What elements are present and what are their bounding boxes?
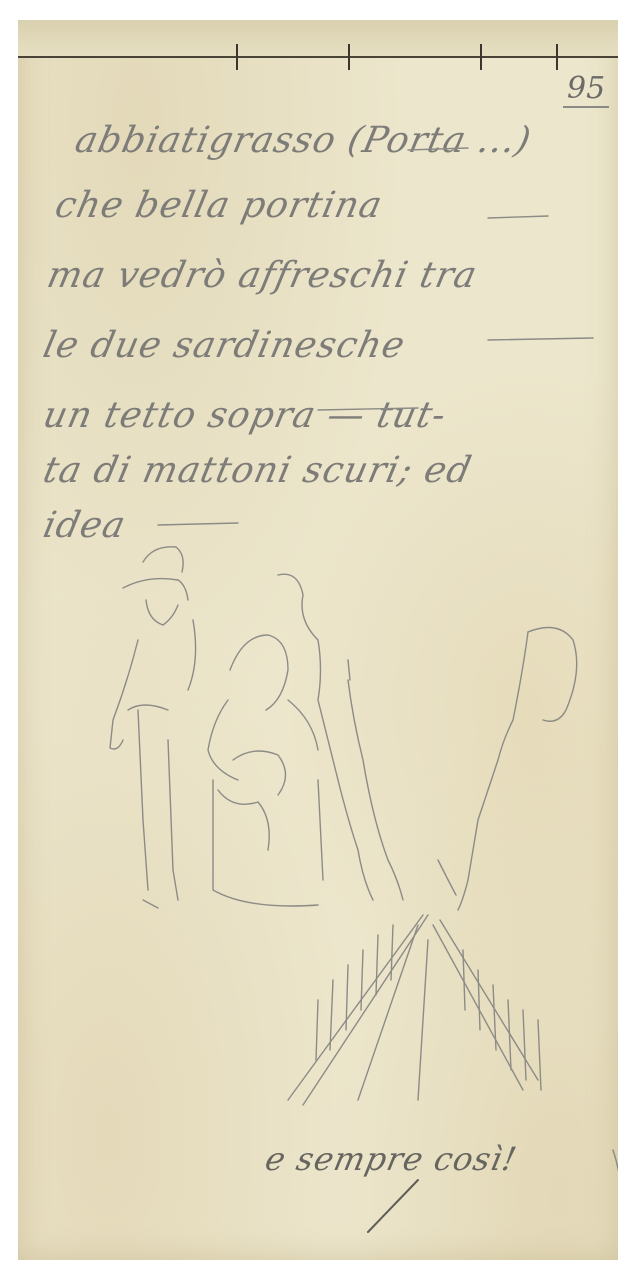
right-trees <box>438 628 577 911</box>
notebook-page: 95 abbiatigrasso (Porta ...) che bella p… <box>18 20 618 1260</box>
left-trees <box>278 574 403 900</box>
standing-man-figure <box>110 547 196 908</box>
seated-woman-figure <box>208 635 323 906</box>
pencil-sketch <box>18 20 618 1260</box>
road-perspective <box>288 915 541 1105</box>
closing-line: e sempre così! <box>262 1140 520 1178</box>
